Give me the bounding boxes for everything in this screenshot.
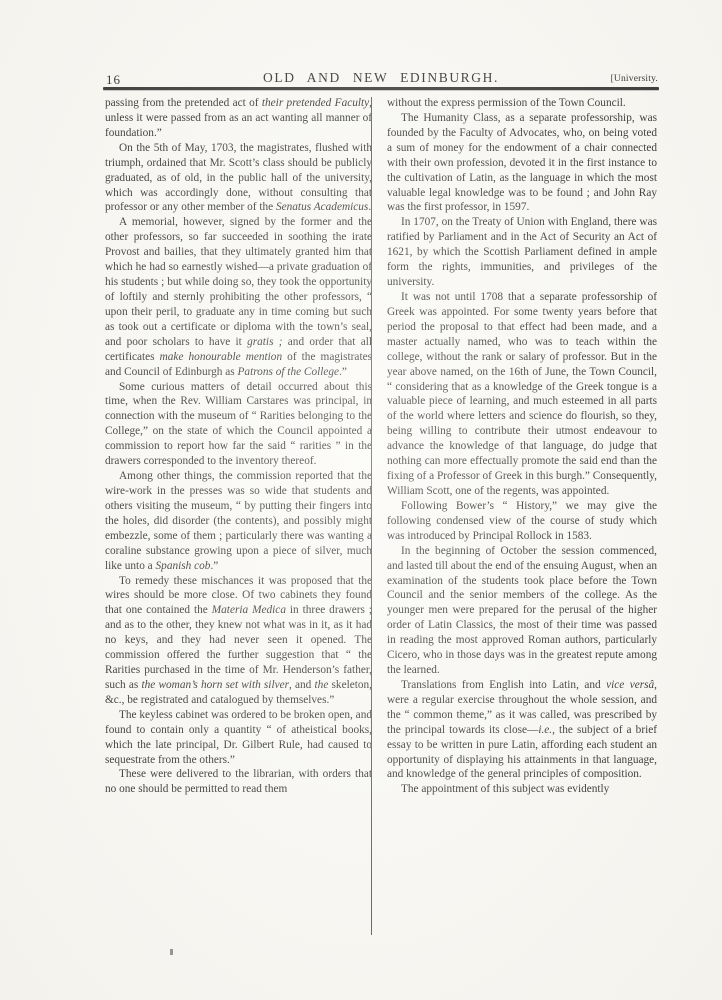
text-run: passing from the pretended act of [105, 97, 262, 109]
text-run: Translations from English into Latin, an… [401, 679, 606, 691]
paragraph: Among other things, the commission repor… [105, 469, 372, 573]
italic-text-run: their pretended Faculty [262, 97, 369, 109]
text-run: .” [210, 560, 218, 572]
text-run: In 1707, on the Treaty of Union with Eng… [387, 216, 657, 288]
paragraph: In the beginning of October the session … [387, 544, 657, 678]
italic-text-run: Patrons of the College [238, 366, 340, 378]
text-run: These were delivered to the librarian, w… [105, 768, 372, 795]
paragraph: These were delivered to the librarian, w… [105, 767, 372, 797]
italic-text-run: vice versâ [606, 679, 654, 691]
paragraph: To remedy these mischances it was propos… [105, 574, 372, 708]
column-left: passing from the pretended act of their … [105, 96, 372, 797]
text-run: Among other things, the commission repor… [105, 470, 372, 572]
print-speck [170, 949, 173, 955]
paragraph: Some curious matters of detail occurred … [105, 380, 372, 470]
paragraph: In 1707, on the Treaty of Union with Eng… [387, 215, 657, 290]
text-run: It was not until 1708 that a separate pr… [387, 291, 657, 497]
text-run: .” [339, 366, 347, 378]
italic-text-run: Senatus Academicus [276, 201, 368, 213]
text-run: Some curious matters of detail occurred … [105, 381, 372, 468]
paragraph: A memorial, however, signed by the forme… [105, 215, 372, 379]
italic-text-run: gratis ; [247, 336, 282, 348]
text-run: Following Bower’s “ History,” we may giv… [387, 500, 657, 542]
book-page: 16 OLD AND NEW EDINBURGH. [University. p… [0, 0, 722, 1000]
text-run: In the beginning of October the session … [387, 545, 657, 676]
text-run: The keyless cabinet was ordered to be br… [105, 709, 372, 766]
header-rule [103, 87, 659, 90]
italic-text-run: Materia Medica [212, 604, 286, 616]
italic-text-run: Spanish cob [156, 560, 211, 572]
paragraph: The appointment of this subject was evid… [387, 782, 657, 797]
paragraph: Translations from English into Latin, an… [387, 678, 657, 782]
italic-text-run: the woman’s horn set with silver [142, 679, 290, 691]
paragraph: On the 5th of May, 1703, the magistrates… [105, 141, 372, 216]
column-divider [371, 97, 372, 935]
paragraph: The keyless cabinet was ordered to be br… [105, 708, 372, 768]
section-label: [University. [611, 74, 658, 84]
text-run: The Humanity Class, as a separate profes… [387, 112, 657, 214]
italic-text-run: make honourable mention [160, 351, 282, 363]
paragraph: The Humanity Class, as a separate profes… [387, 111, 657, 215]
running-head: 16 OLD AND NEW EDINBURGH. [University. [104, 70, 658, 88]
paragraph: without the express permission of the To… [387, 96, 657, 111]
text-run: The appointment of this subject was evid… [401, 783, 609, 795]
italic-text-run: i.e. [538, 724, 552, 736]
column-right: without the express permission of the To… [387, 96, 657, 797]
paragraph: It was not until 1708 that a separate pr… [387, 290, 657, 499]
text-run: without the express permission of the To… [387, 97, 626, 109]
page-title: OLD AND NEW EDINBURGH. [104, 70, 658, 86]
text-run: , and [289, 679, 315, 691]
paragraph: Following Bower’s “ History,” we may giv… [387, 499, 657, 544]
italic-text-run: the [315, 679, 329, 691]
paragraph: passing from the pretended act of their … [105, 96, 372, 141]
text-run: A memorial, however, signed by the forme… [105, 216, 372, 347]
text-run: in three drawers ; and as to the other, … [105, 604, 372, 691]
